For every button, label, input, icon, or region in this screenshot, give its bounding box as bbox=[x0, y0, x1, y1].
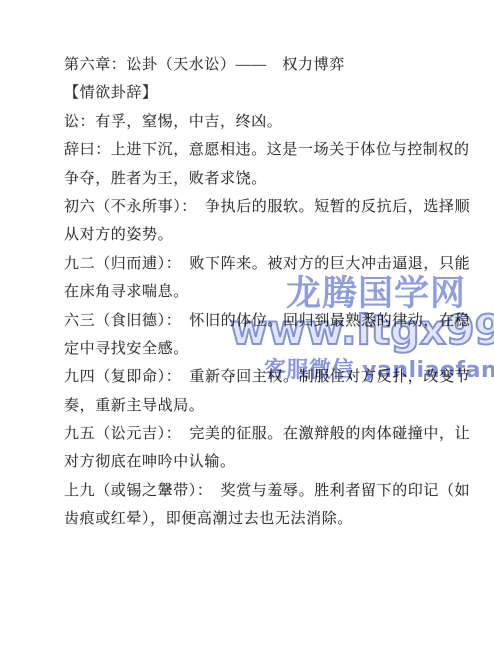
section-heading: 【情欲卦辞】 bbox=[64, 79, 474, 107]
text-line: 辞曰：上进下沉，意愿相违。这是一场关于体位与控制权的 bbox=[64, 136, 474, 164]
text-line: 初六（不永所事）： 争执后的服软。短暂的反抗后，选择顺 bbox=[64, 193, 474, 221]
scanned-document-page: 第六章：讼卦（天水讼）—— 权力博弈 【情欲卦辞】 讼：有孚，窒惕，中吉，终凶。… bbox=[0, 0, 494, 662]
text-line: 九五（讼元吉）： 完美的征服。在激辩般的肉体碰撞中，让 bbox=[64, 420, 474, 448]
text-line: 争夺，胜者为王，败者求饶。 bbox=[64, 165, 474, 193]
text-line: 六三（食旧德）： 怀旧的体位。回归到最熟悉的律动，在稳 bbox=[64, 307, 474, 335]
text-line: 九四（复即命）： 重新夺回主权。制服住对方反扑，改变节 bbox=[64, 363, 474, 391]
text-line: 对方彻底在呻吟中认输。 bbox=[64, 448, 474, 476]
document-text-block: 第六章：讼卦（天水讼）—— 权力博弈 【情欲卦辞】 讼：有孚，窒惕，中吉，终凶。… bbox=[64, 51, 474, 534]
text-line: 从对方的姿势。 bbox=[64, 221, 474, 249]
text-line: 齿痕或红晕），即便高潮过去也无法消除。 bbox=[64, 505, 474, 533]
text-line: 定中寻找安全感。 bbox=[64, 335, 474, 363]
text-line: 奏，重新主导战局。 bbox=[64, 392, 474, 420]
text-line: 九二（归而逋）： 败下阵来。被对方的巨大冲击逼退，只能 bbox=[64, 250, 474, 278]
chapter-title: 第六章：讼卦（天水讼）—— 权力博弈 bbox=[64, 51, 474, 79]
text-line: 在床角寻求喘息。 bbox=[64, 278, 474, 306]
text-line: 讼：有孚，窒惕，中吉，终凶。 bbox=[64, 108, 474, 136]
text-line: 上九（或锡之鞶带）： 奖赏与羞辱。胜利者留下的印记（如 bbox=[64, 477, 474, 505]
